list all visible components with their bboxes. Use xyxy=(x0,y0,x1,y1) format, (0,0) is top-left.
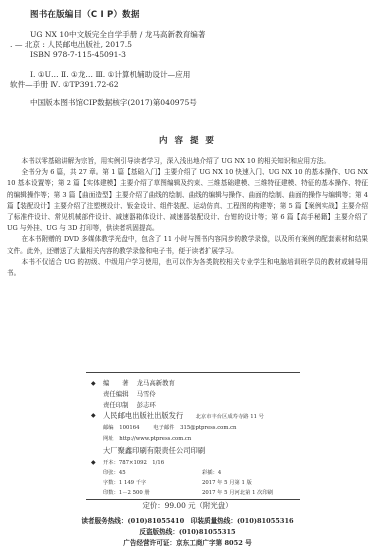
author-row: 编 著 龙马高新教育 xyxy=(103,378,175,389)
bullet-icon: ◆ xyxy=(91,412,96,419)
summary-paragraph: 本书以零基础讲解为宗旨，用实例引导读者学习，深入浅出地介绍了 UG NX 10 … xyxy=(7,156,368,167)
top-rule xyxy=(86,372,300,373)
bullet-icon: ◆ xyxy=(91,380,96,387)
postcode-label: 邮编 xyxy=(103,425,114,431)
cip-isbn-line: ISBN 978-7-115-45091-3 xyxy=(30,50,126,60)
publisher-row: 人民邮电出版社出版发行 北京市丰台区成寿寺路 11 号 xyxy=(103,410,264,423)
print-run-value: 印数：1－2 500 册 xyxy=(103,488,150,499)
print-supervisor-value: 彭志环 xyxy=(137,401,156,409)
cip-publisher-line: . — 北京 : 人民邮电出版社, 2017.5 xyxy=(10,40,132,50)
publisher-address: 北京市丰台区成寿寺路 11 号 xyxy=(196,414,264,420)
summary-paragraph: 全书分为 6 篇，共 27 章。第 1 篇【基础入门】主要介绍了 UG NX 1… xyxy=(7,167,368,234)
summary-body: 本书以零基础讲解为宗旨，用实例引导读者学习，深入浅出地介绍了 UG NX 10 … xyxy=(7,156,368,279)
cip-title: 图书在版编目（C I P）数据 xyxy=(30,8,140,20)
author-label: 编 著 xyxy=(103,379,129,387)
cip-record-number: 中国版本图书馆CIP数据核字(2017)第040975号 xyxy=(30,98,197,108)
editor-row: 责任编辑 马雪伶 xyxy=(103,389,156,400)
email-label: 电子邮件 xyxy=(153,425,174,431)
impression-value: 2017 年 5 月河北第 1 次印刷 xyxy=(202,488,273,499)
cip-classification-line-1: Ⅰ. ①U… Ⅱ. ①龙… Ⅲ. ①计算机辅助设计—应用 xyxy=(30,70,190,80)
anti-piracy-hotline: 反盗版热线：(010)81055315 xyxy=(0,526,375,536)
summary-paragraph: 在本书附赠的 DVD 多媒体教学光盘中，包含了 11 小时与图书内容同步的教学录… xyxy=(7,234,368,256)
contact-row: 邮编 100164 电子邮件 315@ptpress.com.cn xyxy=(103,423,236,434)
website-label: 网址 xyxy=(103,436,114,442)
author-value: 龙马高新教育 xyxy=(137,379,175,387)
cip-classification-line-2: 软件—手册 Ⅳ. ①TP391.72-62 xyxy=(10,80,119,90)
editor-label: 责任编辑 xyxy=(103,390,129,398)
email-value: 315@ptpress.com.cn xyxy=(180,425,236,431)
summary-title: 内 容 提 要 xyxy=(0,134,375,146)
bullet-icon: ◆ xyxy=(91,459,96,466)
summary-paragraph: 本书不仅适合 UG 的初级、中级用户学习使用，也可以作为各类院校相关专业学生和电… xyxy=(7,257,368,279)
printing-company: 大厂聚鑫印刷有限责任公司印刷 xyxy=(103,445,205,456)
print-supervisor-label: 责任印制 xyxy=(103,401,129,409)
publisher-name: 人民邮电出版社出版发行 xyxy=(103,411,183,420)
service-hotlines: 读者服务热线：(010)81055410 印装质量热线：(010)8105531… xyxy=(0,515,375,525)
postcode-value: 100164 xyxy=(119,425,139,431)
website-value: http://www.ptpress.com.cn xyxy=(119,436,191,442)
editor-value: 马雪伶 xyxy=(137,390,156,398)
cip-book-title-line: UG NX 10中文版完全自学手册 / 龙马高新教育编著 xyxy=(30,30,206,40)
price: 定价：99.00 元（附光盘） xyxy=(0,500,375,511)
advertising-license: 广告经营许可证：京东工商广字第 8052 号 xyxy=(0,537,375,547)
website-row: 网址 http://www.ptpress.com.cn xyxy=(103,434,191,445)
